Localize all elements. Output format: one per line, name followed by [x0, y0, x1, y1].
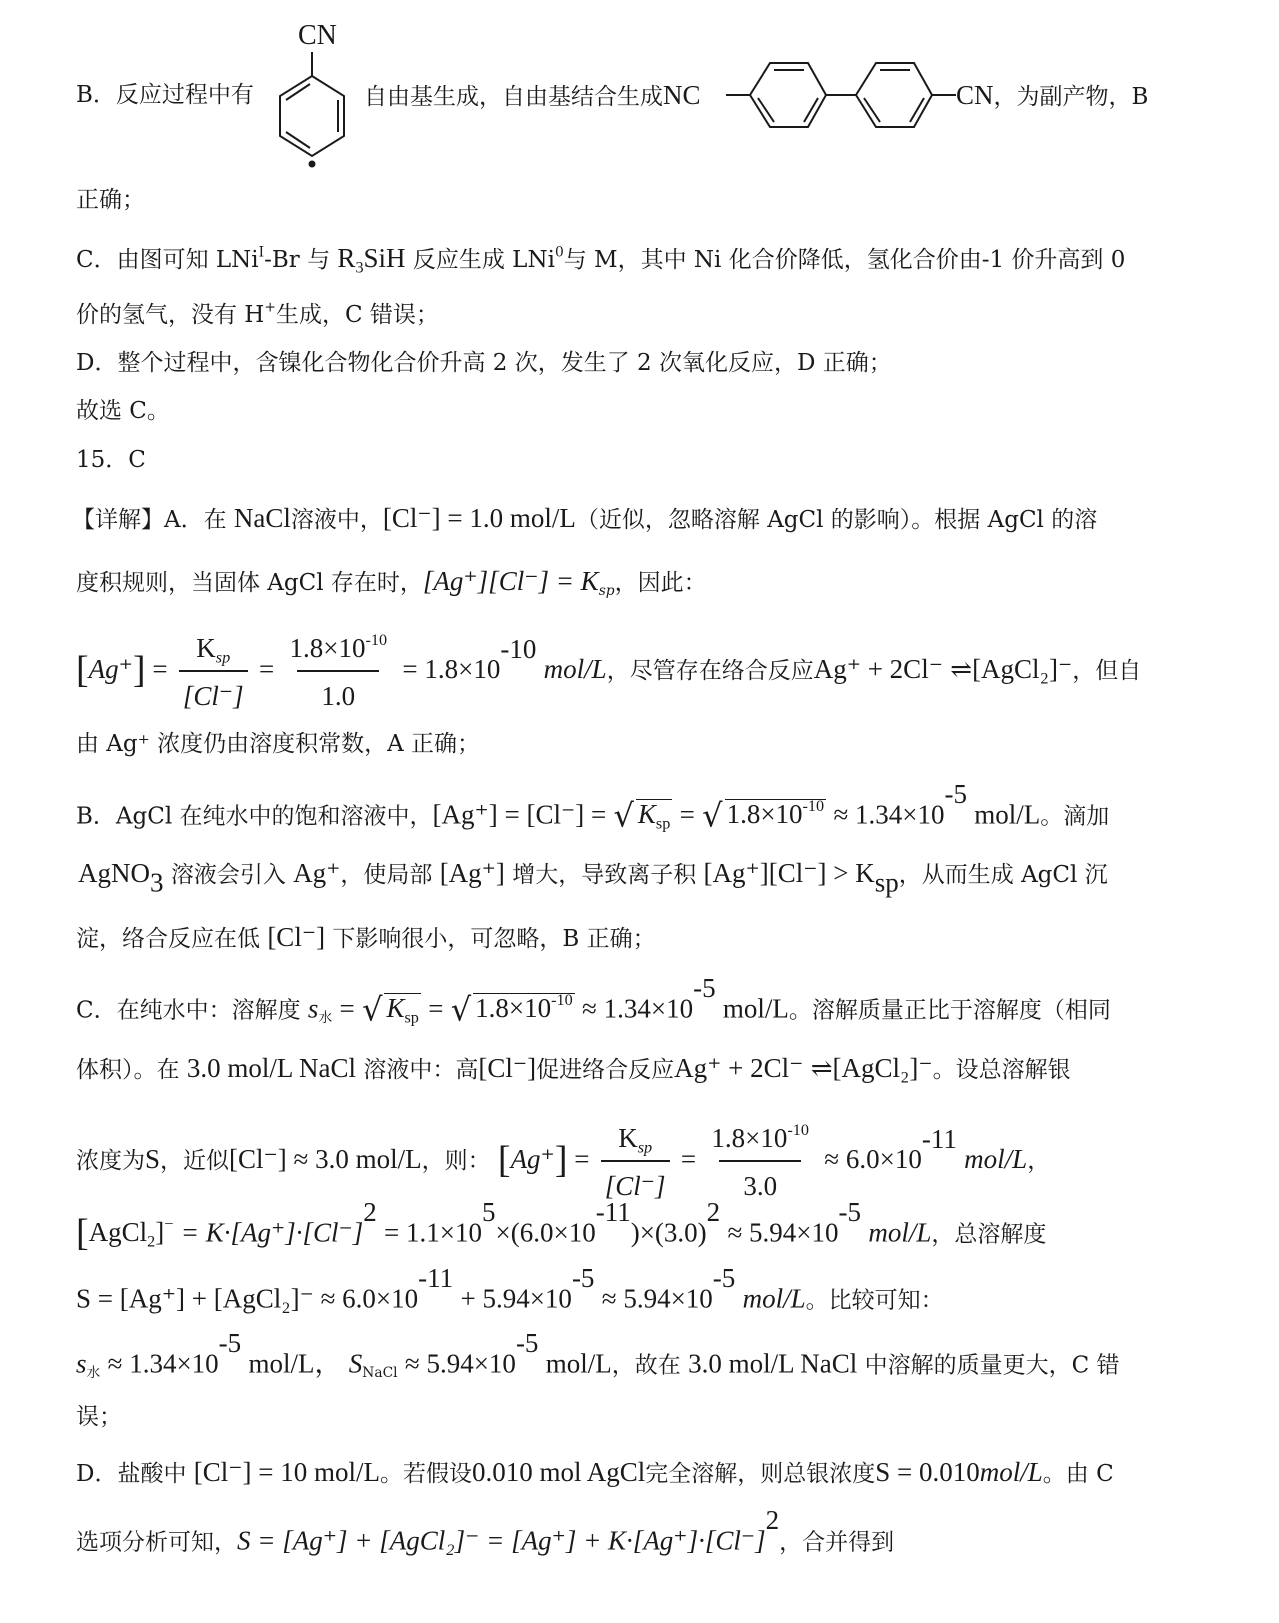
option-b-prev-line: B．反应过程中有 — [76, 80, 254, 110]
detail-d-line2: 选项分析可知，S = [Ag⁺] + [AgCl₂]⁻ = [Ag⁺] + K·… — [76, 1520, 894, 1557]
ksp-value-fraction: 1.8×10-10 3.0 — [707, 1118, 813, 1206]
equilibrium-arrow-icon: ⇌ — [950, 655, 972, 685]
detail-a-line1: 【详解】A．在 NaCl溶液中，[Cl⁻] = 1.0 mol/L（近似，忽略溶… — [72, 503, 1097, 535]
detail-a-line4: 由 Ag⁺ 浓度仍由溶度积常数，A 正确； — [76, 729, 480, 759]
option-b-prefix: B．反应过程中有 — [76, 82, 254, 108]
nc-label: NC — [663, 80, 701, 110]
option-c-prev-line1: C．由图可知 LNiI-Br 与 R3SiH 反应生成 LNi0与 M，其中 N… — [76, 243, 1125, 275]
detail-c-line6: s水 ≈ 1.34×10-5 mol/L， SNaCl ≈ 5.94×10-5 … — [76, 1343, 1120, 1380]
sqrt-icon: √ — [451, 990, 471, 1028]
detail-c-line3: 浓度为S，近似[Cl⁻] ≈ 3.0 mol/L，则： [Ag⁺] = Ksp … — [76, 1118, 1050, 1206]
detail-c-line4: [AgCl2]− = K·[Ag⁺]·[Cl⁻]2 = 1.1×105×(6.0… — [76, 1212, 1046, 1249]
radical-cn-label: CN — [298, 20, 337, 51]
detail-d-line1: D．盐酸中 [Cl⁻] = 10 mol/L。若假设0.010 mol AgCl… — [76, 1457, 1114, 1489]
conclusion-prev: 故选 C。 — [76, 396, 170, 426]
biphenyl-dicarbonitrile-structure — [726, 58, 956, 132]
option-b-middle: 自由基生成，自由基结合生成NC — [364, 80, 701, 112]
detail-b-line1: B．AgCl 在纯水中的饱和溶液中，[Ag⁺] = [Cl⁻] = √Ksp =… — [76, 794, 1109, 831]
ksp-over-cl-fraction: Ksp [Cl⁻] — [601, 1118, 670, 1206]
detail-c-line7: 误； — [76, 1402, 122, 1432]
option-b-suffix: CN，为副产物，B — [956, 80, 1148, 112]
cyanophenyl-radical-structure: CN — [262, 14, 362, 174]
detail-b-line2: AgNO3 溶液会引入 Ag⁺，使局部 [Ag⁺] 增大，导致离子积 [Ag⁺]… — [78, 858, 1108, 890]
equilibrium-arrow-icon: ⇌ — [811, 1054, 833, 1084]
cn-label: CN — [956, 80, 994, 110]
detail-b-line3: 淀，络合反应在低 [Cl⁻] 下影响很小，可忽略，B 正确； — [76, 922, 656, 954]
detail-c-line1: C．在纯水中：溶解度 s水 = √Ksp = √1.8×10-10 ≈ 1.34… — [76, 988, 1111, 1025]
sqrt-icon: √ — [702, 796, 722, 834]
detail-c-line2: 体积）。在 3.0 mol/L NaCl 溶液中：高[Cl⁻]促进络合反应Ag⁺… — [76, 1053, 1071, 1085]
detail-a-line2: 度积规则，当固体 AgCl 存在时，[Ag⁺][Cl⁻] = Ksp，因此： — [76, 566, 707, 598]
detail-a-formula-line: [Ag⁺] = Ksp [Cl⁻] = 1.8×10-10 1.0 = 1.8×… — [76, 628, 1141, 716]
option-d-prev: D．整个过程中，含镍化合物化合价升高 2 次，发生了 2 次氧化反应，D 正确； — [76, 348, 892, 378]
detail-label: 【详解】 — [72, 507, 164, 533]
ksp-value-fraction: 1.8×10-10 1.0 — [286, 628, 392, 716]
option-b-cont: 正确； — [76, 185, 145, 215]
ksp-over-cl-fraction: Ksp [Cl⁻] — [179, 628, 248, 716]
detail-c-line5: S = [Ag⁺] + [AgCl₂]⁻ ≈ 6.0×10-11 + 5.94×… — [76, 1278, 944, 1315]
option-c-prev-line2: 价的氢气，没有 H+生成，C 错误； — [76, 300, 439, 330]
sqrt-icon: √ — [362, 990, 382, 1028]
question-15-heading: 15．C — [76, 445, 146, 475]
sqrt-icon: √ — [614, 796, 634, 834]
